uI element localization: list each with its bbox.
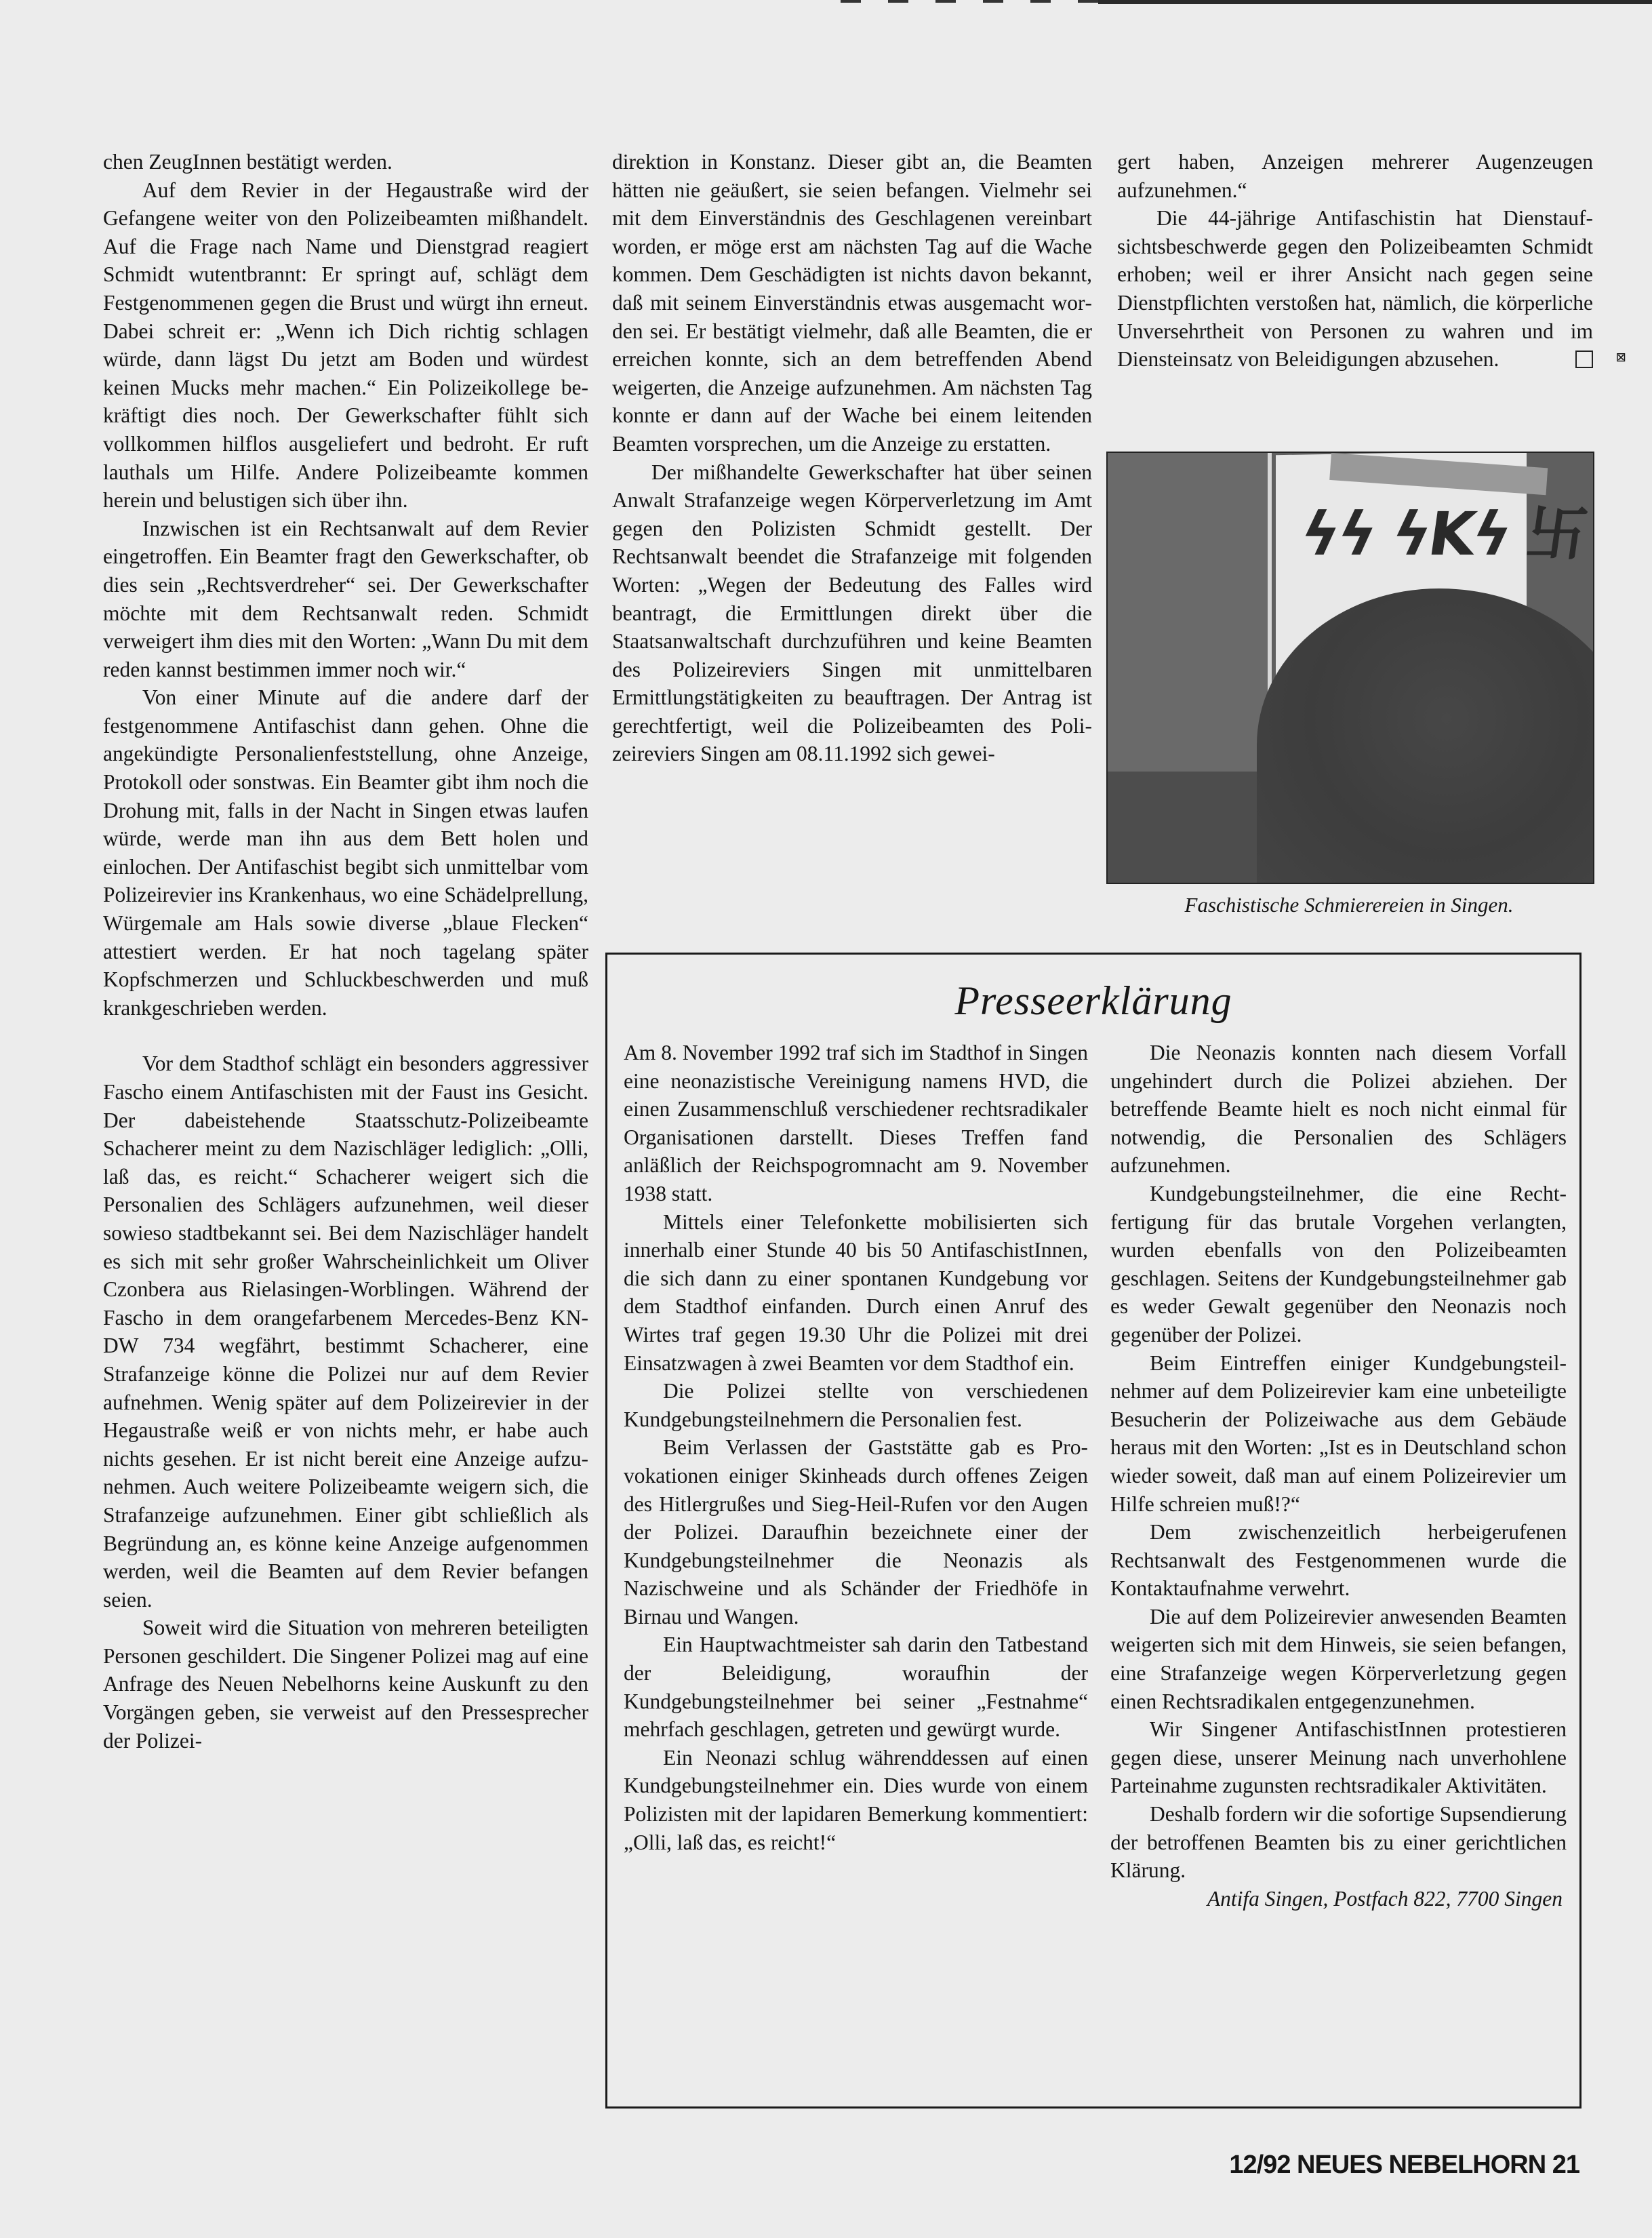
press-release-column-2: Die Neonazis konnten nach diesem Vor­fal… (1110, 1039, 1567, 1913)
top-edge-rule-fragment (841, 0, 1098, 3)
paragraph: Beim Verlassen der Gaststätte gab es Pro… (624, 1433, 1088, 1631)
paragraph: Ein Hauptwachtmeister sah darin den Tat­… (624, 1631, 1088, 1743)
press-release-signature: Antifa Singen, Postfach 822, 7700 Singen (1110, 1885, 1567, 1913)
paragraph: Deshalb fordern wir die sofortige Supsen… (1110, 1800, 1567, 1885)
paragraph: Die 44-jährige Antifaschistin hat Dienst… (1117, 204, 1593, 374)
paragraph: Am 8. November 1992 traf sich im Stadtho… (624, 1039, 1088, 1208)
paragraph: Auf dem Revier in der Hegaustraße wird d… (103, 176, 588, 515)
photo-caption: Faschistische Schmierereien in Singen. (1106, 893, 1592, 917)
paragraph: Inzwischen ist ein Rechtsanwalt auf dem … (103, 515, 588, 684)
paragraph: Dem zwischenzeitlich herbeigerufenen Rec… (1110, 1518, 1567, 1603)
paragraph: Kundgebungsteilnehmer, die eine Recht­fe… (1110, 1180, 1567, 1349)
paragraph: Die auf dem Polizeirevier anwesenden Be­… (1110, 1603, 1567, 1715)
end-of-article-icon: ☒ (1575, 351, 1593, 368)
press-release-column-1: Am 8. November 1992 traf sich im Stadtho… (624, 1039, 1088, 1856)
top-edge-rule (1098, 0, 1652, 4)
paragraph: Ein Neonazi schlug währenddessen auf ein… (624, 1744, 1088, 1856)
paragraph: Wir Singener AntifaschistInnen protestie… (1110, 1715, 1567, 1800)
paragraph-text: Die 44-jährige Antifaschistin hat Dienst… (1117, 206, 1593, 371)
article-column-3: gert haben, Anzeigen mehrerer Augenzeuge… (1117, 148, 1593, 374)
paragraph: Soweit wird die Situation von mehreren b… (103, 1614, 588, 1755)
paragraph: Die Polizei stellte von verschiedenen Ku… (624, 1377, 1088, 1433)
article-column-2: direktion in Konstanz. Dieser gibt an, d… (612, 148, 1092, 768)
press-release-box: Presseerklärung Am 8. November 1992 traf… (605, 953, 1582, 2109)
paragraph: Beim Eintreffen einiger Kundgebungsteil­… (1110, 1349, 1567, 1519)
article-column-1: chen ZeugInnen bestätigt werden. Auf dem… (103, 148, 588, 1755)
page-footer: 12/92 NEUES NEBELHORN 21 (1180, 2151, 1579, 2180)
paragraph: chen ZeugInnen bestätigt werden. (103, 148, 588, 176)
paragraph: Die Neonazis konnten nach diesem Vor­fal… (1110, 1039, 1567, 1180)
graffiti-photo: ϟϟ ϟKϟ 卐 (1106, 452, 1594, 884)
paragraph: Von einer Minute auf die andere darf der… (103, 683, 588, 1022)
paragraph: Der mißhandelte Gewerkschafter hat über … (612, 458, 1092, 769)
paragraph: gert haben, Anzeigen mehrerer Augenzeuge… (1117, 148, 1593, 204)
press-release-title: Presseerklärung (607, 978, 1579, 1024)
paragraph: Vor dem Stadthof schlägt ein besonders a… (103, 1050, 588, 1614)
paragraph: Mittels einer Telefonkette mobilisierten… (624, 1208, 1088, 1378)
photo-graffiti: ϟϟ ϟKϟ 卐 (1295, 487, 1590, 572)
paragraph: direktion in Konstanz. Dieser gibt an, d… (612, 148, 1092, 458)
